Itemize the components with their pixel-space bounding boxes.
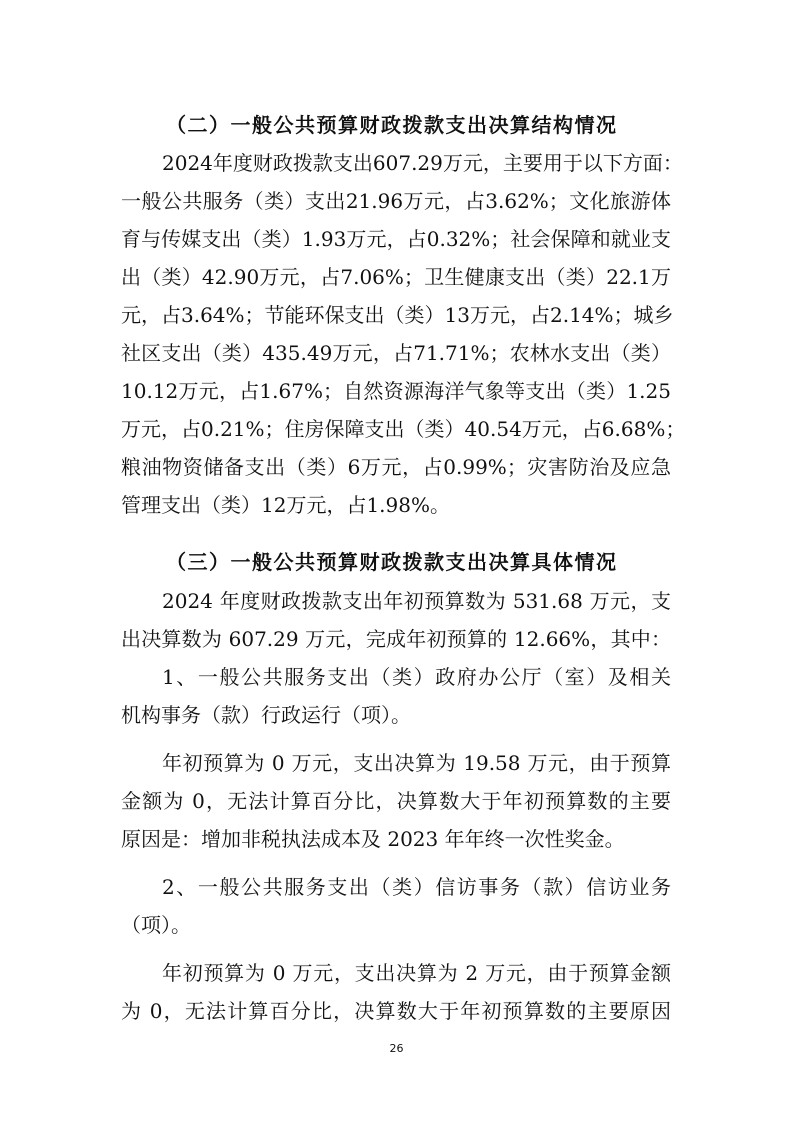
paragraph-line: 元，占3.64%；节能环保支出（类）13万元，占2.14%；城乡 (121, 300, 671, 330)
paragraph-line: 育与传媒支出（类）1.93万元，占0.32%；社会保障和就业支 (121, 224, 671, 254)
list-item-2-title: 2、一般公共服务支出（类）信访事务（款）信访业务 (162, 872, 671, 902)
paragraph-line: 出（类）42.90万元，占7.06%；卫生健康支出（类）22.1万 (121, 262, 671, 292)
paragraph-line: 年初预算为 0 万元，支出决算为 2 万元，由于预算金额 (162, 958, 671, 988)
paragraph-line: 一般公共服务（类）支出21.96万元，占3.62%；文化旅游体 (121, 186, 671, 216)
list-item-2-title-cont: （项）。 (121, 910, 671, 940)
section-heading-details: （三）一般公共预算财政拨款支出决算具体情况 (166, 547, 616, 577)
paragraph-line: 2024 年度财政拨款支出年初预算数为 531.68 万元，支 (162, 586, 671, 616)
paragraph-line: 年初预算为 0 万元，支出决算为 19.58 万元，由于预算 (162, 748, 671, 778)
list-item-1-title: 1、一般公共服务支出（类）政府办公厅（室）及相关 (162, 662, 671, 692)
document-page: （二）一般公共预算财政拨款支出决算结构情况 2024年度财政拨款支出607.29… (0, 0, 793, 1122)
paragraph-line: 社区支出（类）435.49万元，占71.71%；农林水支出（类） (121, 338, 671, 368)
paragraph-line: 10.12万元，占1.67%；自然资源海洋气象等支出（类）1.25 (121, 376, 671, 406)
page-number: 26 (0, 1042, 793, 1055)
paragraph-line: 2024年度财政拨款支出607.29万元，主要用于以下方面： (162, 148, 671, 178)
paragraph-line: 金额为 0，无法计算百分比，决算数大于年初预算数的主要 (121, 786, 671, 816)
paragraph-line: 万元，占0.21%；住房保障支出（类）40.54万元，占6.68%； (121, 414, 671, 444)
section-heading-structure: （二）一般公共预算财政拨款支出决算结构情况 (166, 110, 616, 140)
paragraph-line: 原因是：增加非税执法成本及 2023 年年终一次性奖金。 (121, 824, 671, 854)
paragraph-line: 粮油物资储备支出（类）6万元，占0.99%；灾害防治及应急 (121, 452, 671, 482)
list-item-1-title-cont: 机构事务（款）行政运行（项）。 (121, 700, 671, 730)
paragraph-line: 出决算数为 607.29 万元，完成年初预算的 12.66%，其中： (121, 624, 671, 654)
paragraph-line: 为 0，无法计算百分比，决算数大于年初预算数的主要原因 (121, 996, 671, 1026)
paragraph-line: 管理支出（类）12万元，占1.98%。 (121, 490, 671, 520)
